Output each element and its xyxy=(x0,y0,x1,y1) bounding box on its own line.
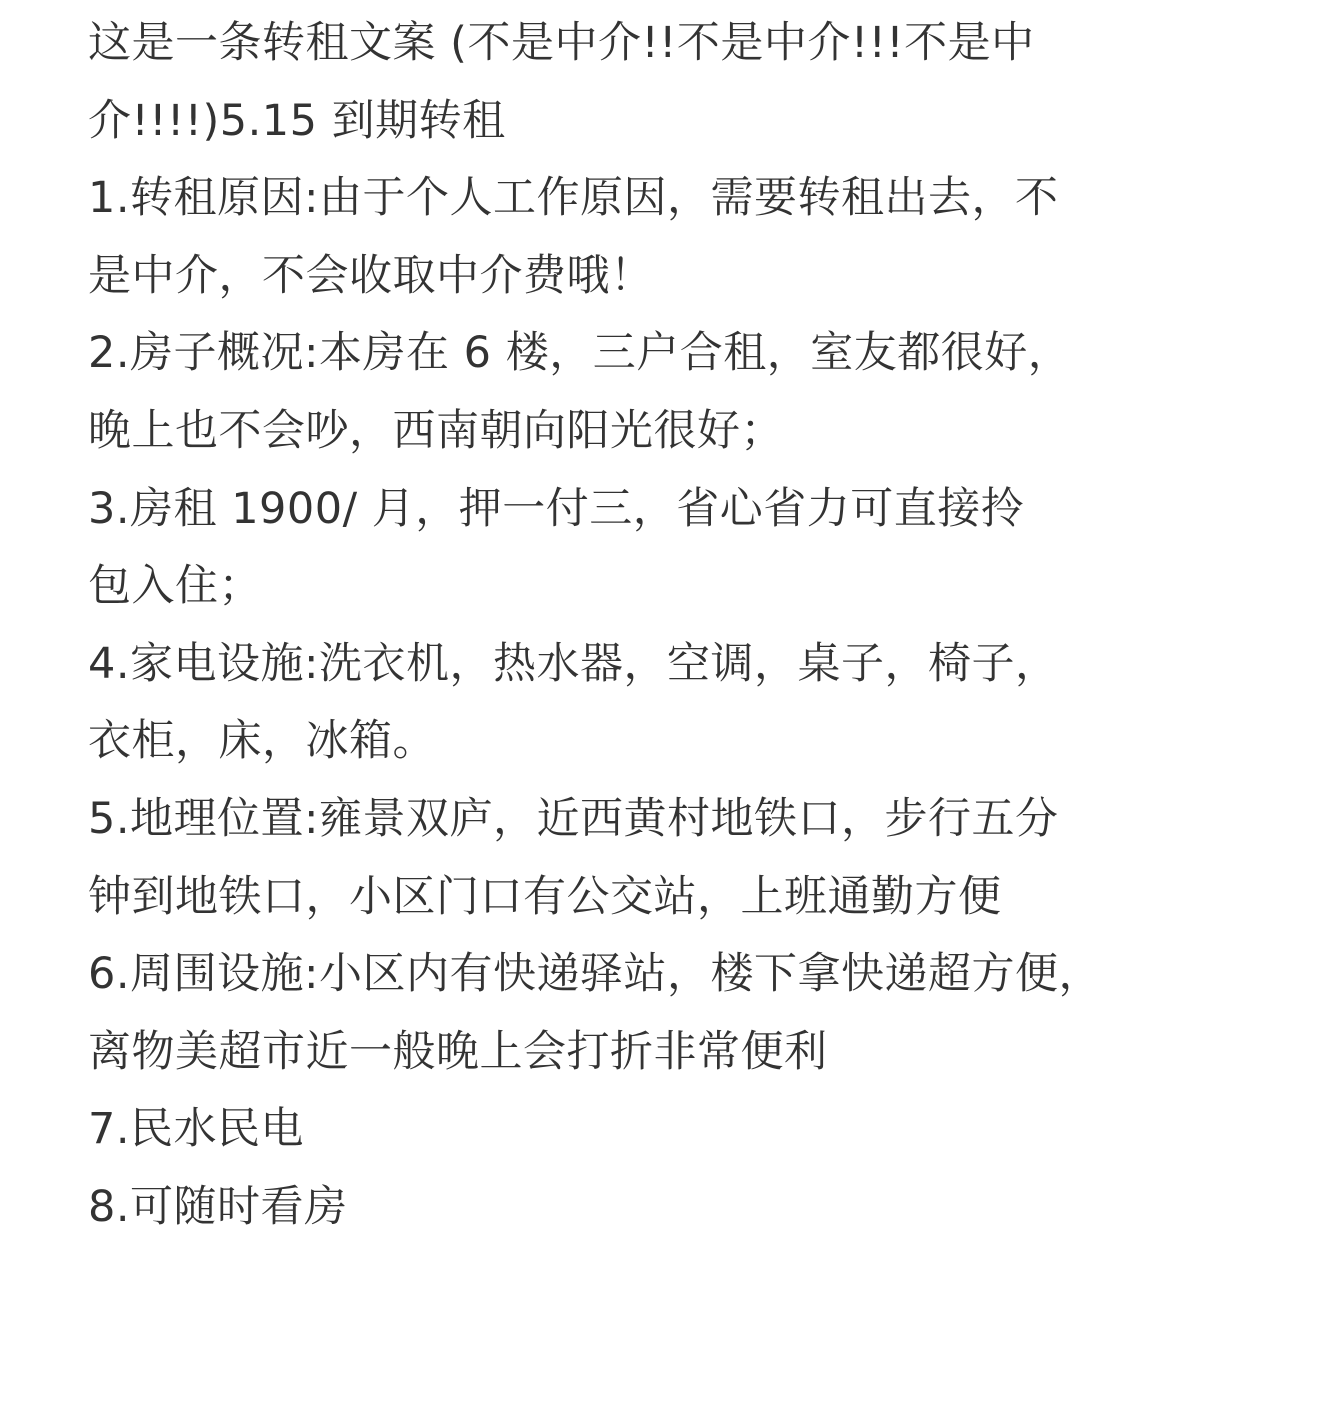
note-line-location-1: 5.地理位置:雍景双庐，近西黄村地铁口，步行五分 xyxy=(88,781,1248,859)
note-line-title-1: 这是一条转租文案 (不是中介!!不是中介!!!不是中 xyxy=(88,5,1248,83)
note-line-viewing: 8.可随时看房 xyxy=(88,1169,1248,1247)
note-line-title-2: 介!!!!)5.15 到期转租 xyxy=(88,83,1248,161)
note-line-rent-1: 3.房租 1900/ 月，押一付三，省心省力可直接拎 xyxy=(88,471,1248,549)
rental-note: 这是一条转租文案 (不是中介!!不是中介!!!不是中 介!!!!)5.15 到期… xyxy=(88,5,1248,1247)
note-line-appliances-1: 4.家电设施:洗衣机，热水器，空调，桌子，椅子， xyxy=(88,626,1248,704)
note-line-rent-2: 包入住； xyxy=(88,548,1248,626)
note-line-facilities-2: 离物美超市近一般晚上会打折非常便利 xyxy=(88,1014,1248,1092)
note-line-facilities-1: 6.周围设施:小区内有快递驿站，楼下拿快递超方便， xyxy=(88,936,1248,1014)
note-line-utilities: 7.民水民电 xyxy=(88,1091,1248,1169)
note-line-appliances-2: 衣柜，床，冰箱。 xyxy=(88,703,1248,781)
note-line-overview-1: 2.房子概况:本房在 6 楼，三户合租，室友都很好， xyxy=(88,315,1248,393)
note-line-reason-2: 是中介，不会收取中介费哦！ xyxy=(88,238,1248,316)
note-line-location-2: 钟到地铁口，小区门口有公交站，上班通勤方便 xyxy=(88,859,1248,937)
note-line-overview-2: 晚上也不会吵，西南朝向阳光很好； xyxy=(88,393,1248,471)
note-line-reason-1: 1.转租原因:由于个人工作原因，需要转租出去，不 xyxy=(88,160,1248,238)
